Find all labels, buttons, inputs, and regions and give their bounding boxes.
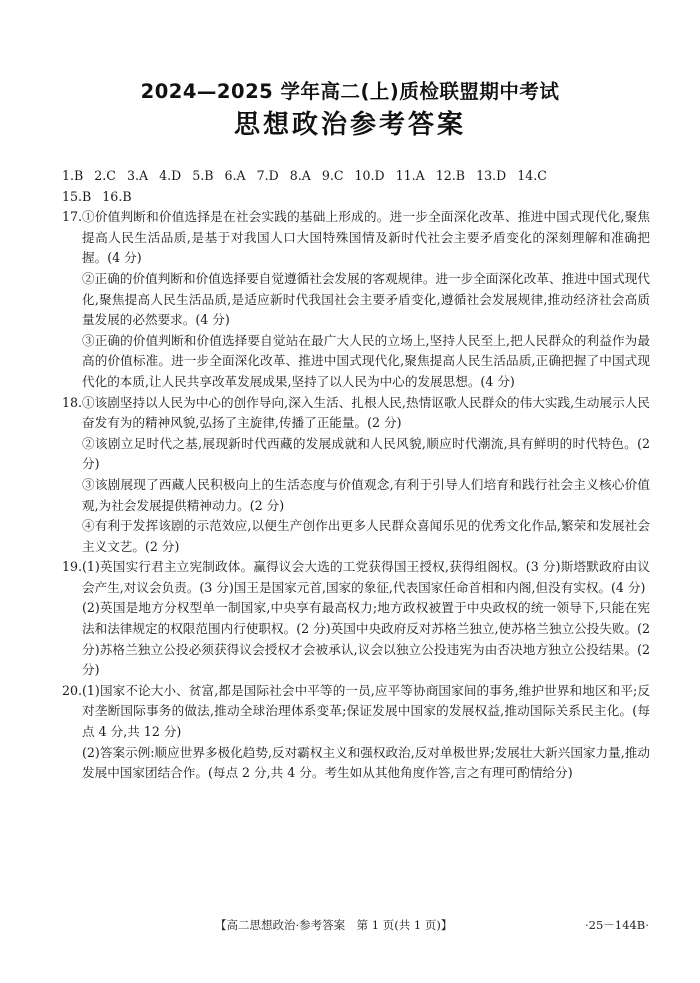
mc-answer: 6.A [224,168,245,183]
mc-answer: 9.C [322,168,344,183]
question-number: 18. [62,393,82,414]
mc-answer: 15.B [62,189,91,204]
answer-paragraph: ①价值判断和价值选择是在社会实践的基础上形成的。进一步全面深化改革、推进中国式现… [82,207,650,269]
answer-paragraph: ③该剧展现了西藏人民积极向上的生活态度与价值观念,有利于引导人们培育和践行社会主… [82,475,650,516]
answer-paragraph: ④有利于发挥该剧的示范效应,以便生产创作出更多人民群众喜闻乐见的优秀文化作品,繁… [82,516,650,557]
mc-answer: 3.A [127,168,148,183]
mc-answer: 7.D [257,168,279,183]
answer-paragraph: ②该剧立足时代之基,展现新时代西藏的发展成就和人民风貌,顺应时代潮流,具有鲜明的… [82,434,650,475]
answer-paragraph: ②正确的价值判断和价值选择要自觉遵循社会发展的客观规律。进一步全面深化改革、推进… [82,269,650,331]
mc-answer: 10.D [355,168,385,183]
question-17: 17. ①价值判断和价值选择是在社会实践的基础上形成的。进一步全面深化改革、推进… [62,207,650,392]
answer-paragraph: (2)英国是地方分权型单一制国家,中央享有最高权力;地方政权被置于中央政权的统一… [82,598,650,680]
mc-answer: 16.B [102,189,131,204]
mc-answer: 8.A [290,168,311,183]
mc-answer: 11.A [396,168,425,183]
document-code: ·25－144B· [585,917,649,933]
mc-answer: 14.C [517,168,547,183]
answer-paragraph: ③正确的价值判断和价值选择要自觉站在最广大人民的立场上,坚持人民至上,把人民群众… [82,331,650,393]
question-number: 19. [62,557,82,578]
answer-paragraph: (1)英国实行君主立宪制政体。赢得议会大选的工党获得国王授权,获得组阁权。(3 … [82,557,650,598]
question-19: 19. (1)英国实行君主立宪制政体。赢得议会大选的工党获得国王授权,获得组阁权… [62,557,650,681]
mc-answer: 13.D [476,168,506,183]
mc-answer: 2.C [94,168,116,183]
question-20: 20. (1)国家不论大小、贫富,都是国际社会中平等的一员,应平等协商国家间的事… [62,681,650,784]
question-18: 18. ①该剧坚持以人民为中心的创作导向,深入生活、扎根人民,热情讴歌人民群众的… [62,393,650,558]
mc-answer: 4.D [159,168,181,183]
document-subtitle: 思想政治参考答案 [0,104,700,141]
answer-paragraph: ①该剧坚持以人民为中心的创作导向,深入生活、扎根人民,热情讴歌人民群众的伟大实践… [82,393,650,434]
mc-answer: 5.B [192,168,213,183]
multiple-choice-answers-row-2: 15.B16.B [62,187,650,208]
page-footer: 【高二思想政治·参考答案 第 1 页(共 1 页)】 [215,917,452,933]
question-number: 20. [62,681,82,702]
answer-content: 1.B2.C3.A4.D5.B6.A7.D8.A9.C10.D11.A12.B1… [62,166,650,784]
multiple-choice-answers-row-1: 1.B2.C3.A4.D5.B6.A7.D8.A9.C10.D11.A12.B1… [62,166,650,187]
document-title: 2024—2025 学年高二(上)质检联盟期中考试 [0,76,700,104]
mc-answer: 12.B [436,168,465,183]
mc-answer: 1.B [62,168,83,183]
answer-paragraph: (2)答案示例:顺应世界多极化趋势,反对霸权主义和强权政治,反对单极世界;发展壮… [82,743,650,784]
answer-paragraph: (1)国家不论大小、贫富,都是国际社会中平等的一员,应平等协商国家间的事务,维护… [82,681,650,743]
question-number: 17. [62,207,82,228]
